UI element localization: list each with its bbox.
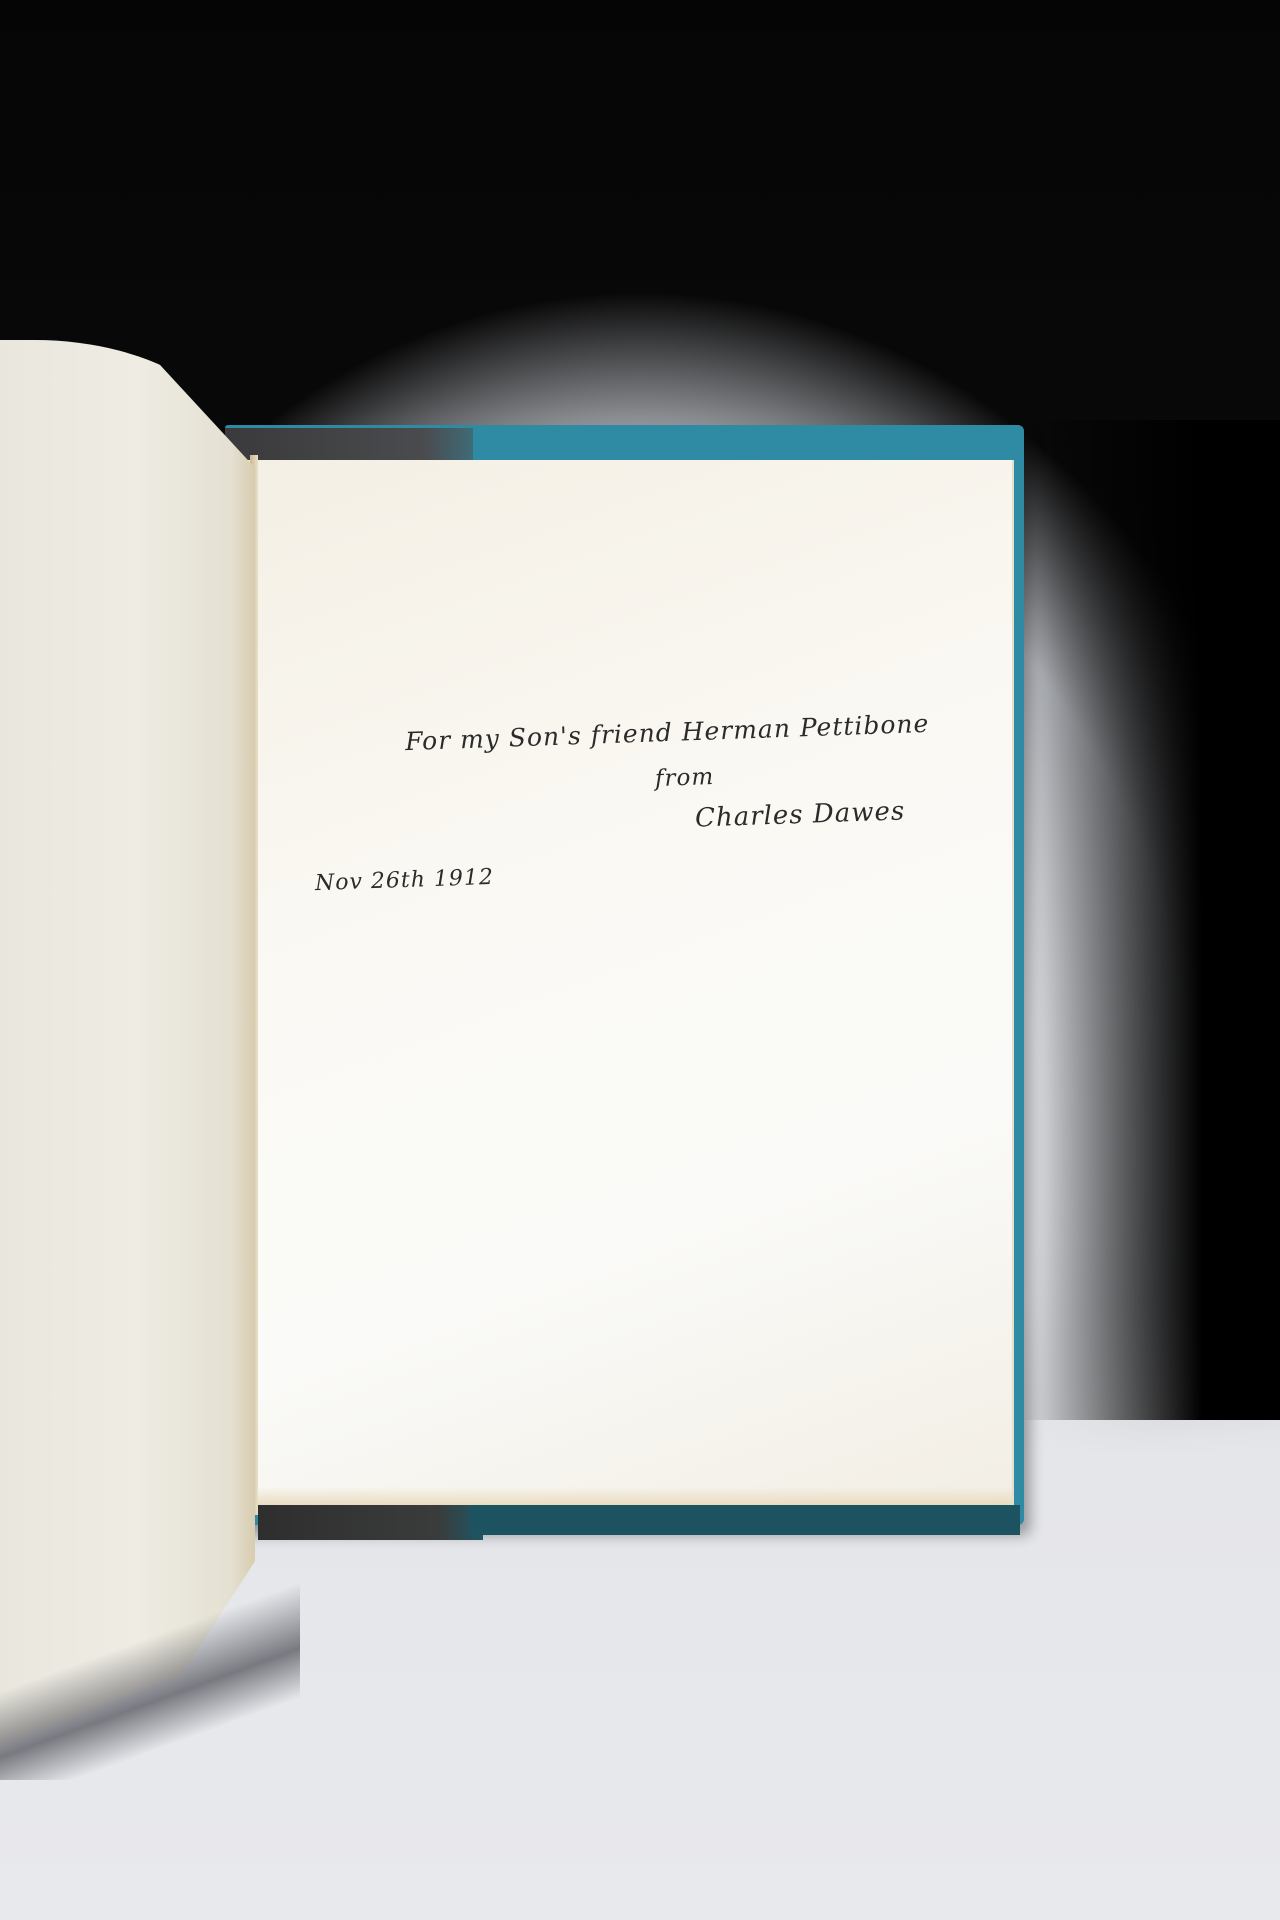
backdrop-shadow (1020, 420, 1280, 1420)
book-spine-bottom (258, 1500, 483, 1540)
page-left-shadow (0, 1560, 300, 1780)
page-left (0, 340, 255, 1760)
inscription-from: from (655, 764, 715, 792)
endpaper-right (227, 460, 1014, 1505)
book-cover-bottom-edge (470, 1505, 1020, 1535)
